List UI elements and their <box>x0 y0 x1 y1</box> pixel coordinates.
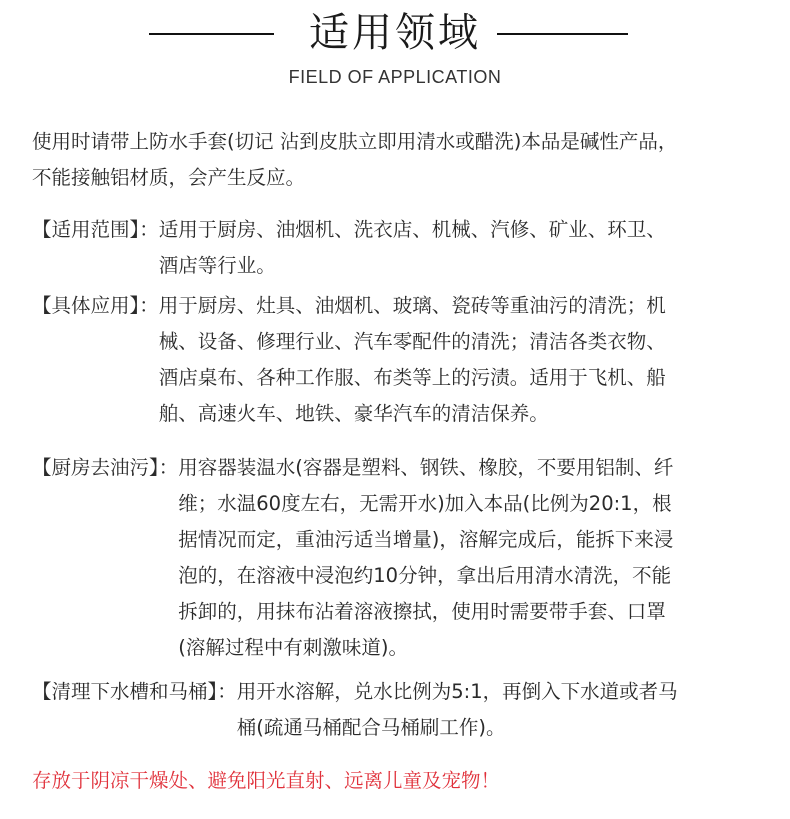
section-label: 【清理下水槽和马桶】： <box>32 674 237 746</box>
section-body: 用开水溶解，兑水比例为5:1，再倒入下水道或者马 桶(疏通马桶配合马桶刷工作)。 <box>237 674 737 746</box>
section-line: 械、设备、修理行业、汽车零配件的清洗；清洁各类衣物、 <box>159 324 739 360</box>
section-body: 适用于厨房、油烟机、洗衣店、机械、汽修、矿业、环卫、 酒店等行业。 <box>159 212 739 284</box>
section-line: 维；水温60度左右，无需开水)加入本品(比例为20:1，根 <box>178 486 738 522</box>
section-applications: 【具体应用】： 用于厨房、灶具、油烟机、玻璃、瓷砖等重油污的清洗；机 械、设备、… <box>32 288 739 432</box>
section-line: (溶解过程中有刺激味道)。 <box>178 630 738 666</box>
section-line: 舶、高速火车、地铁、豪华汽车的清洁保养。 <box>159 396 739 432</box>
section-line: 泡的，在溶液中浸泡约10分钟，拿出后用清水清洗，不能 <box>178 558 738 594</box>
section-label: 【具体应用】： <box>32 288 159 432</box>
section-kitchen-degrease: 【厨房去油污】： 用容器装温水(容器是塑料、钢铁、橡胶，不要用铝制、纤 维；水温… <box>32 450 738 666</box>
section-body: 用容器装温水(容器是塑料、钢铁、橡胶，不要用铝制、纤 维；水温60度左右，无需开… <box>178 450 738 666</box>
storage-warning: 存放于阴凉干燥处、避免阳光直射、远离儿童及宠物！ <box>32 763 500 799</box>
intro-line: 不能接触铝材质，会产生反应。 <box>32 160 772 196</box>
section-line: 桶(疏通马桶配合马桶刷工作)。 <box>237 710 737 746</box>
section-line: 用容器装温水(容器是塑料、钢铁、橡胶，不要用铝制、纤 <box>178 450 738 486</box>
section-scope: 【适用范围】： 适用于厨房、油烟机、洗衣店、机械、汽修、矿业、环卫、 酒店等行业… <box>32 212 739 284</box>
section-line: 用开水溶解，兑水比例为5:1，再倒入下水道或者马 <box>237 674 737 710</box>
section-drain-toilet: 【清理下水槽和马桶】： 用开水溶解，兑水比例为5:1，再倒入下水道或者马 桶(疏… <box>32 674 737 746</box>
section-label: 【适用范围】： <box>32 212 159 284</box>
section-line: 用于厨房、灶具、油烟机、玻璃、瓷砖等重油污的清洗；机 <box>159 288 739 324</box>
section-line: 适用于厨房、油烟机、洗衣店、机械、汽修、矿业、环卫、 <box>159 212 739 248</box>
intro-paragraph: 使用时请带上防水手套(切记 沾到皮肤立即用清水或醋洗)本品是碱性产品， 不能接触… <box>32 124 772 196</box>
section-label: 【厨房去油污】： <box>32 450 178 666</box>
section-body: 用于厨房、灶具、油烟机、玻璃、瓷砖等重油污的清洗；机 械、设备、修理行业、汽车零… <box>159 288 739 432</box>
section-line: 据情况而定，重油污适当增量)，溶解完成后，能拆下来浸 <box>178 522 738 558</box>
page-subtitle: FIELD OF APPLICATION <box>0 67 790 88</box>
section-line: 拆卸的，用抹布沾着溶液擦拭，使用时需要带手套、口罩 <box>178 594 738 630</box>
section-header: 适用领域 FIELD OF APPLICATION <box>0 0 790 100</box>
page-title: 适用领域 <box>0 6 790 60</box>
header-divider-right <box>497 33 628 35</box>
intro-line: 使用时请带上防水手套(切记 沾到皮肤立即用清水或醋洗)本品是碱性产品， <box>32 124 772 160</box>
section-line: 酒店桌布、各种工作服、布类等上的污渍。适用于飞机、船 <box>159 360 739 396</box>
section-line: 酒店等行业。 <box>159 248 739 284</box>
